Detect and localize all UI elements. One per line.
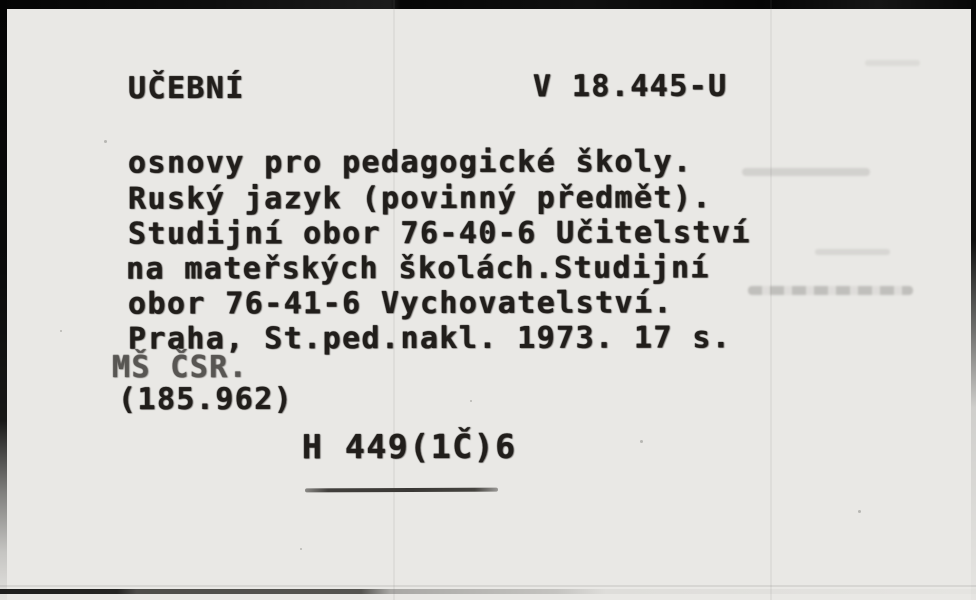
card-body-line: na mateřských školách.Studijní (126, 250, 710, 286)
scan-edge-bottom (0, 589, 976, 594)
shelf-mark-underline (305, 488, 498, 493)
card-heading: UČEBNÍ (128, 71, 245, 106)
scan-speck (858, 510, 861, 513)
scan-streak (815, 249, 890, 255)
scan-speck (640, 440, 643, 443)
scan-edge-top (0, 0, 976, 9)
scan-speck (104, 140, 107, 143)
card-shelf-mark: H 449(1Č)6 (302, 428, 517, 465)
scan-edge-left (0, 0, 7, 600)
catalog-card-scan: UČEBNÍ V 18.445-U osnovy pro pedagogické… (0, 0, 976, 600)
card-body-line: (185.962) (118, 382, 293, 417)
scan-speck (470, 400, 472, 402)
scan-edge-right (971, 0, 976, 600)
card-body-line: MŠ ČSR. (112, 350, 248, 385)
scan-speck (60, 330, 62, 332)
paper-crease-vertical-2 (770, 0, 772, 600)
card-body-line: osnovy pro pedagogické školy. (128, 144, 692, 180)
scan-speck (300, 548, 302, 550)
card-call-number: V 18.445-U (533, 69, 728, 104)
scan-streak (748, 286, 913, 295)
scan-streak (742, 168, 870, 176)
scan-streak (865, 60, 920, 66)
scan-edge-bottom-faint (0, 585, 976, 587)
card-body-line: Ruský jazyk (povinný předmět). (128, 180, 712, 216)
card-body-line: obor 76-41-6 Vychovatelství. (128, 285, 673, 321)
card-body-line: Studijní obor 76-40-6 Učitelství (128, 215, 751, 251)
